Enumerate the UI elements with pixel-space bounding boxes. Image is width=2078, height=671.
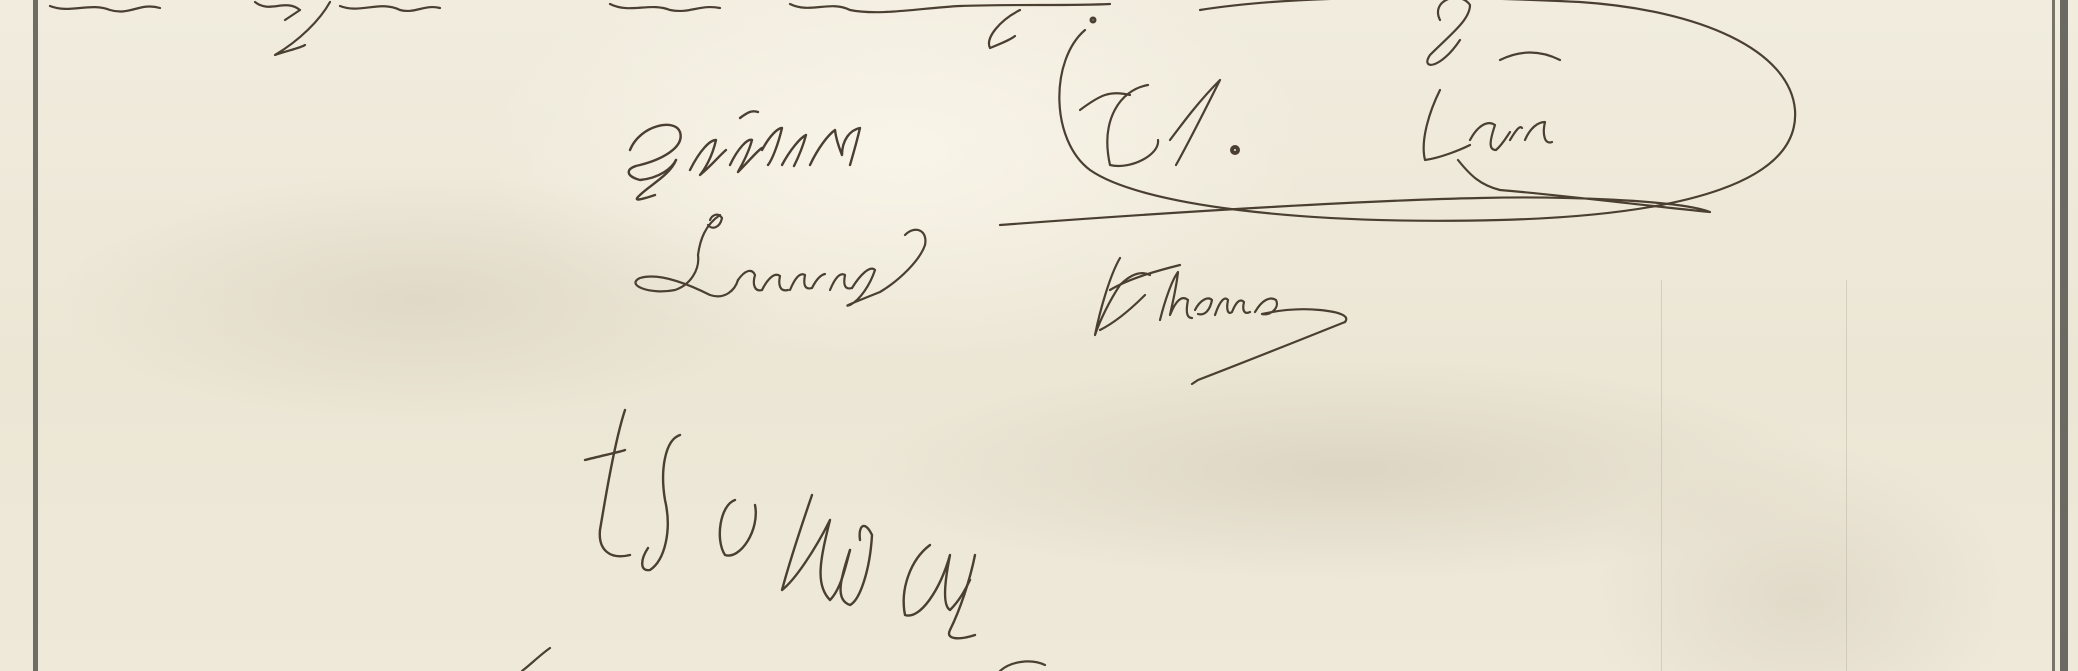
signature-guerin: [629, 111, 860, 199]
bottom-edge-handwriting-fragment: [522, 648, 1045, 671]
signature-lain: [1000, 0, 1795, 225]
document-page: ... pour être ... (partially cut off) Gu…: [0, 0, 2078, 671]
signature-lacoure: [635, 215, 925, 306]
large-scrawl-handwriting: [585, 410, 975, 638]
top-line-handwriting: [50, 2, 1110, 55]
signature-thomas: [1095, 258, 1346, 384]
handwriting-layer: [0, 0, 2078, 671]
